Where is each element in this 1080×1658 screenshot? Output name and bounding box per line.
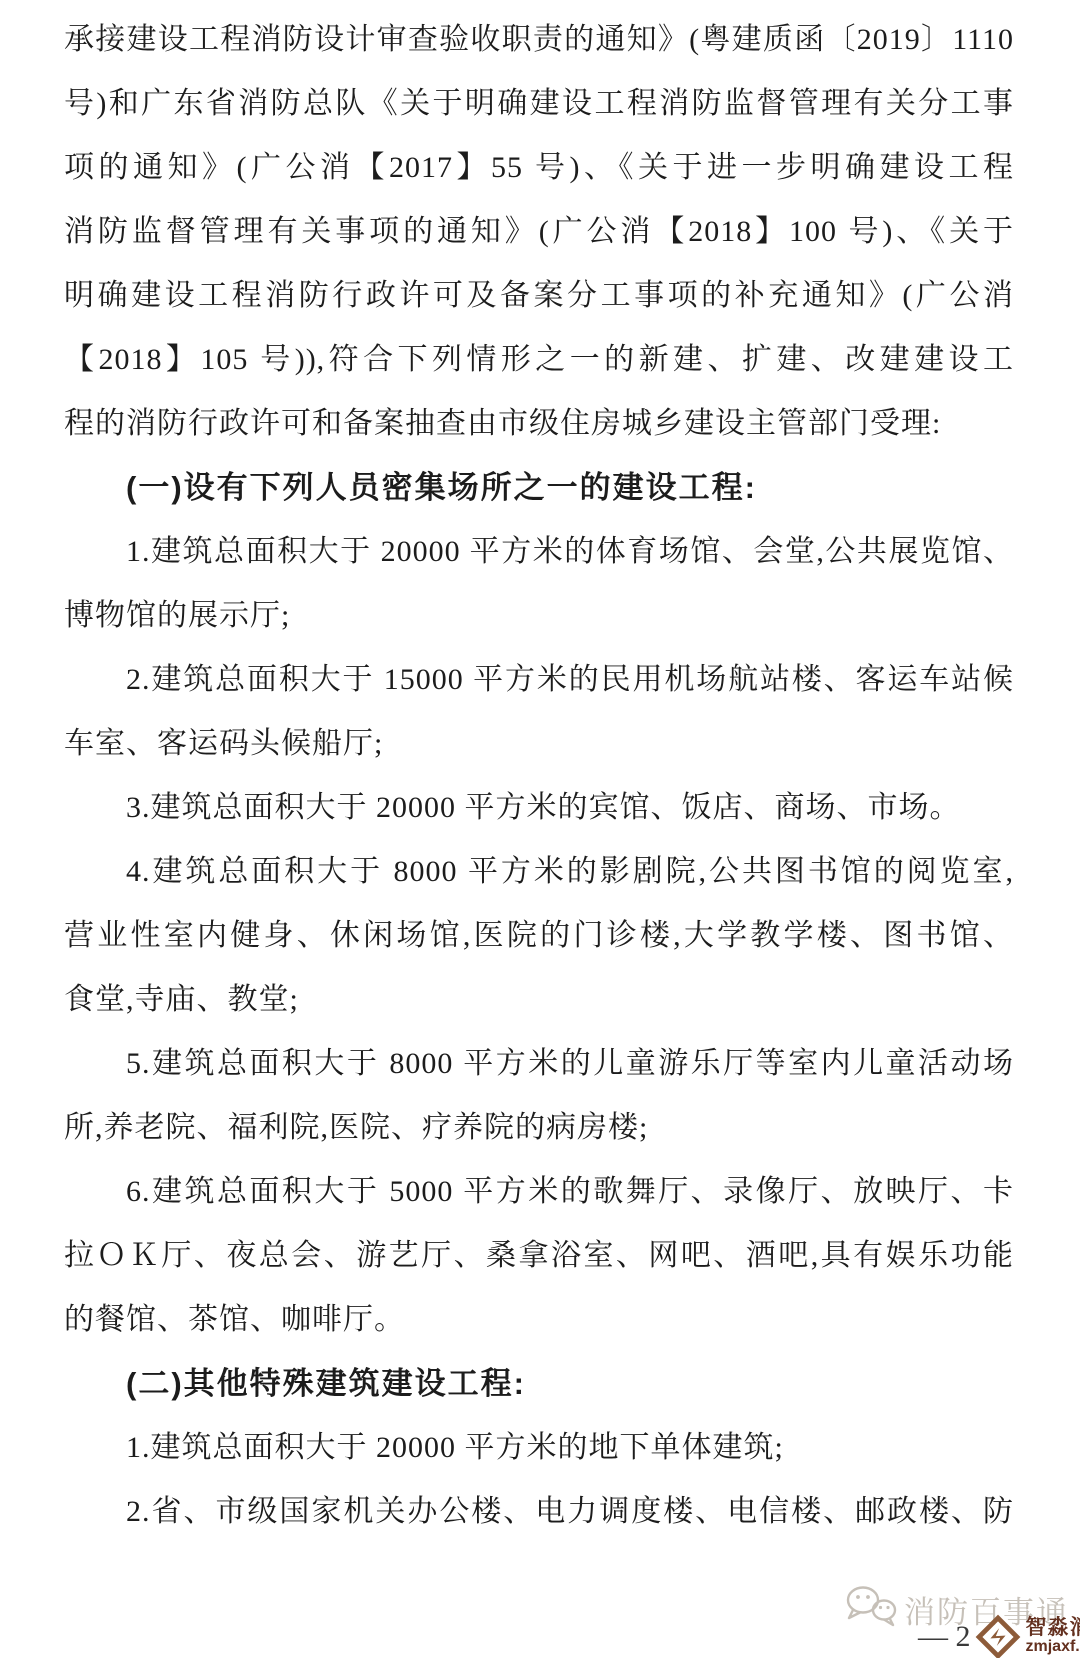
- footer-pageline: — 2 智淼消防 zmjaxf.com: [918, 1608, 1080, 1658]
- doc-line: 项的通知》(广公消【2017】55 号)、《关于进一步明确建设工程: [64, 136, 1014, 200]
- doc-line: 6.建筑总面积大于 5000 平方米的歌舞厅、录像厅、放映厅、卡: [64, 1160, 1014, 1224]
- doc-line: 1.建筑总面积大于 20000 平方米的体育场馆、会堂,公共展览馆、: [64, 520, 1014, 584]
- doc-line: 【2018】105 号)),符合下列情形之一的新建、扩建、改建建设工: [64, 328, 1014, 392]
- doc-line: 营业性室内健身、休闲场馆,医院的门诊楼,大学教学楼、图书馆、: [64, 904, 1014, 968]
- doc-line: 3.建筑总面积大于 20000 平方米的宾馆、饭店、商场、市场。: [64, 776, 1014, 840]
- doc-line: 明确建设工程消防行政许可及备案分工事项的补充通知》(广公消: [64, 264, 1014, 328]
- wechat-chat-bubbles-icon: [843, 1583, 897, 1635]
- doc-line: 的餐馆、茶馆、咖啡厅。: [64, 1288, 1014, 1352]
- page-number: — 2: [918, 1620, 971, 1654]
- logo-text: 智淼消防 zmjaxf.com: [1026, 1617, 1080, 1656]
- doc-line: 博物馆的展示厅;: [64, 584, 1014, 648]
- doc-line: 车室、客运码头候船厅;: [64, 712, 1014, 776]
- doc-line: 2.省、市级国家机关办公楼、电力调度楼、电信楼、邮政楼、防: [64, 1480, 1014, 1544]
- logo-domain: zmjaxf.com: [1026, 1639, 1080, 1656]
- logo-title: 智淼消防: [1026, 1617, 1080, 1639]
- section-heading-1: (一)设有下列人员密集场所之一的建设工程:: [64, 456, 1014, 520]
- doc-line: 承接建设工程消防设计审查验收职责的通知》(粤建质函〔2019〕1110: [64, 8, 1014, 72]
- section-heading-2: (二)其他特殊建筑建设工程:: [64, 1352, 1014, 1416]
- doc-line: 程的消防行政许可和备案抽查由市级住房城乡建设主管部门受理:: [64, 392, 1014, 456]
- doc-line: 5.建筑总面积大于 8000 平方米的儿童游乐厅等室内儿童活动场: [64, 1032, 1014, 1096]
- zhimiao-diamond-logo-icon: [975, 1614, 1021, 1658]
- doc-line: 4.建筑总面积大于 8000 平方米的影剧院,公共图书馆的阅览室,: [64, 840, 1014, 904]
- doc-line: 所,养老院、福利院,医院、疗养院的病房楼;: [64, 1096, 1014, 1160]
- doc-line: 号)和广东省消防总队《关于明确建设工程消防监督管理有关分工事: [64, 72, 1014, 136]
- doc-line: 食堂,寺庙、教堂;: [64, 968, 1014, 1032]
- doc-line: 2.建筑总面积大于 15000 平方米的民用机场航站楼、客运车站候: [64, 648, 1014, 712]
- doc-line: 拉ＯＫ厅、夜总会、游艺厅、桑拿浴室、网吧、酒吧,具有娱乐功能: [64, 1224, 1014, 1288]
- doc-line: 消防监督管理有关事项的通知》(广公消【2018】100 号)、《关于: [64, 200, 1014, 264]
- document-body: 承接建设工程消防设计审查验收职责的通知》(粤建质函〔2019〕1110 号)和广…: [64, 8, 1014, 1544]
- document-page: 承接建设工程消防设计审查验收职责的通知》(粤建质函〔2019〕1110 号)和广…: [0, 0, 1080, 1658]
- doc-line: 1.建筑总面积大于 20000 平方米的地下单体建筑;: [64, 1416, 1014, 1480]
